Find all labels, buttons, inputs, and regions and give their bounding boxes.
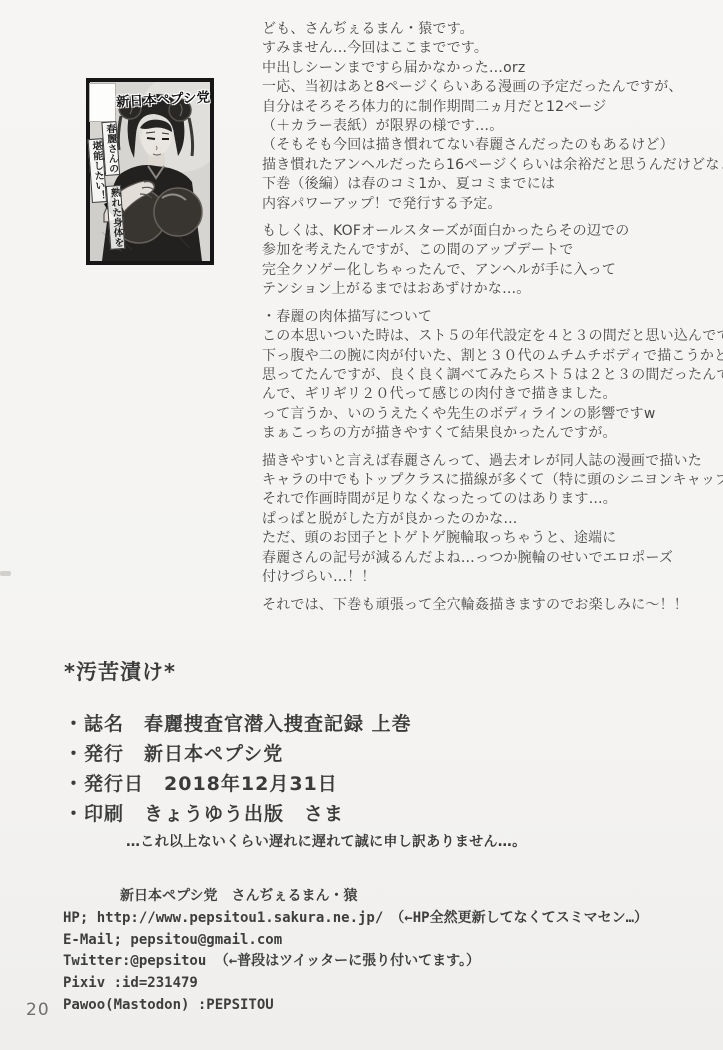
- contact-lines: HP; http://www.pepsitou1.sakura.ne.jp/ （…: [63, 908, 648, 1017]
- afterword-line: ただ、頭のお団子とトゲトゲ腕輪取っちゃうと、途端に: [262, 529, 714, 548]
- contact-line: Pawoo(Mastodon) :PEPSITOU: [63, 995, 648, 1017]
- afterword-line: すみません…今回はここまでです。: [262, 39, 714, 58]
- afterword-paragraph: ども、さんぢぇるまん・猿です。すみません…今回はここまでです。中出しシーンまです…: [262, 20, 714, 214]
- afterword-line: この本思いついた時は、スト５の年代設定を４と３の間だと思い込んでて、: [262, 327, 714, 346]
- contact-line: E-Mail; pepsitou@gmail.com: [63, 930, 648, 952]
- contact-line: HP; http://www.pepsitou1.sakura.ne.jp/ （…: [63, 908, 648, 930]
- afterword-line: 下っ腹や二の腕に肉が付いた、割と３０代のムチムチボディで描こうかと: [262, 347, 714, 366]
- afterword-line: もしくは、KOFオールスターズが面白かったらその辺での: [262, 222, 714, 241]
- afterword-line: 春麗さんの記号が減るんだよね…っつか腕輪のせいでエロポーズ: [262, 549, 714, 568]
- cover-thumbnail: 新日本ペプシ党 春麗さんの熟れた身体を堪能したい！: [86, 78, 214, 265]
- contact-block: 新日本ペプシ党 さんぢぇるまん・猿 HP; http://www.pepsito…: [63, 886, 648, 1017]
- contact-line: Pixiv :id=231479: [63, 973, 648, 995]
- afterword-line: 描き慣れたアンヘルだったら16ページくらいは余裕だと思うんだけどなぁ…。: [262, 156, 714, 175]
- afterword-line: 中出しシーンまですら届かなかった…orz: [262, 59, 714, 78]
- afterword-line: テンション上がるまではおあずけかな…。: [262, 280, 714, 299]
- afterword-line: って言うか、いのうえたくや先生のボディラインの影響ですw: [262, 405, 714, 424]
- afterword-paragraph: ・春麗の肉体描写についてこの本思いついた時は、スト５の年代設定を４と３の間だと思…: [262, 308, 714, 444]
- afterword-line: んで、ギリギリ２０代って感じの肉付きで描きました。: [262, 385, 714, 404]
- colophon-item: ・発行日 2018年12月31日: [64, 769, 526, 799]
- scan-artifact: [0, 571, 11, 576]
- afterword-line: 付けづらい…！！: [262, 568, 714, 587]
- afterword-line: 下巻（後編）は春のコミ1か、夏コミまでには: [262, 175, 714, 194]
- afterword-line: それで作画時間が足りなくなったってのはあります…。: [262, 490, 714, 509]
- scanned-doujin-afterword-page: 新日本ペプシ党 春麗さんの熟れた身体を堪能したい！ ども、さんぢぇるまん・猿です…: [0, 0, 723, 1050]
- colophon-item: ・誌名 春麗捜査官潜入捜査記録 上巻: [64, 709, 526, 739]
- afterword-line: まぁこっちの方が描きやすくて結果良かったんですが。: [262, 424, 714, 443]
- colophon: *汚苦漬け* ・誌名 春麗捜査官潜入捜査記録 上巻・発行 新日本ペプシ党・発行日…: [64, 656, 526, 851]
- colophon-items: ・誌名 春麗捜査官潜入捜査記録 上巻・発行 新日本ペプシ党・発行日 2018年1…: [64, 709, 526, 829]
- afterword-text: ども、さんぢぇるまん・猿です。すみません…今回はここまでです。中出しシーンまです…: [262, 20, 714, 595]
- contact-heading: 新日本ペプシ党 さんぢぇるまん・猿: [63, 886, 648, 908]
- afterword-line: 自分はそろそろ体力的に制作期間二ヵ月だと12ページ: [262, 98, 714, 117]
- afterword-line: 完全クソゲー化しちゃったんで、アンヘルが手に入って: [262, 261, 714, 280]
- afterword-line: キャラの中でもトップクラスに描線が多くて（特に頭のシニヨンキャップ）、: [262, 471, 714, 490]
- afterword-line: ぱっぱと脱がした方が良かったのかな…: [262, 510, 714, 529]
- afterword-line: 内容パワーアップ！で発行する予定。: [262, 195, 714, 214]
- afterword-paragraph: もしくは、KOFオールスターズが面白かったらその辺での参加を考えたんですが、この…: [262, 222, 714, 300]
- colophon-item: ・発行 新日本ペプシ党: [64, 739, 526, 769]
- colophon-header: *汚苦漬け*: [64, 656, 526, 686]
- blank-corner-box: [89, 83, 116, 122]
- afterword-line: （そもそも今回は描き慣れてない春麗さんだったのもあるけど）: [262, 136, 714, 155]
- afterword-line: （＋カラー表紙）が限界の様です…。: [262, 117, 714, 136]
- afterword-line: 一応、当初はあと8ページくらいある漫画の予定だったんですが、: [262, 78, 714, 97]
- page-number: 20: [26, 1000, 50, 1020]
- afterword-line: 思ってたんですが、良く良く調べてみたらスト５は２と３の間だったんですな…。: [262, 366, 714, 385]
- afterword-line: 参加を考えたんですが、この間のアップデートで: [262, 241, 714, 260]
- contact-line: Twitter:@pepsitou （←普段はツイッターに張り付いてます。）: [63, 951, 648, 973]
- closing-line: それでは、下巻も頑張って全穴輪姦描きますのでお楽しみに～！！: [262, 594, 714, 614]
- afterword-line: 描きやすいと言えば春麗さんって、過去オレが同人誌の漫画で描いた: [262, 452, 714, 471]
- afterword-paragraph: 描きやすいと言えば春麗さんって、過去オレが同人誌の漫画で描いたキャラの中でもトッ…: [262, 452, 714, 588]
- afterword-line: ・春麗の肉体描写について: [262, 308, 714, 327]
- colophon-item: ・印刷 きょうゆう出版 さま: [64, 799, 526, 829]
- colophon-apology: …これ以上ないくらい遅れに遅れて誠に申し訳ありません…。: [126, 831, 526, 851]
- afterword-line: ども、さんぢぇるまん・猿です。: [262, 20, 714, 39]
